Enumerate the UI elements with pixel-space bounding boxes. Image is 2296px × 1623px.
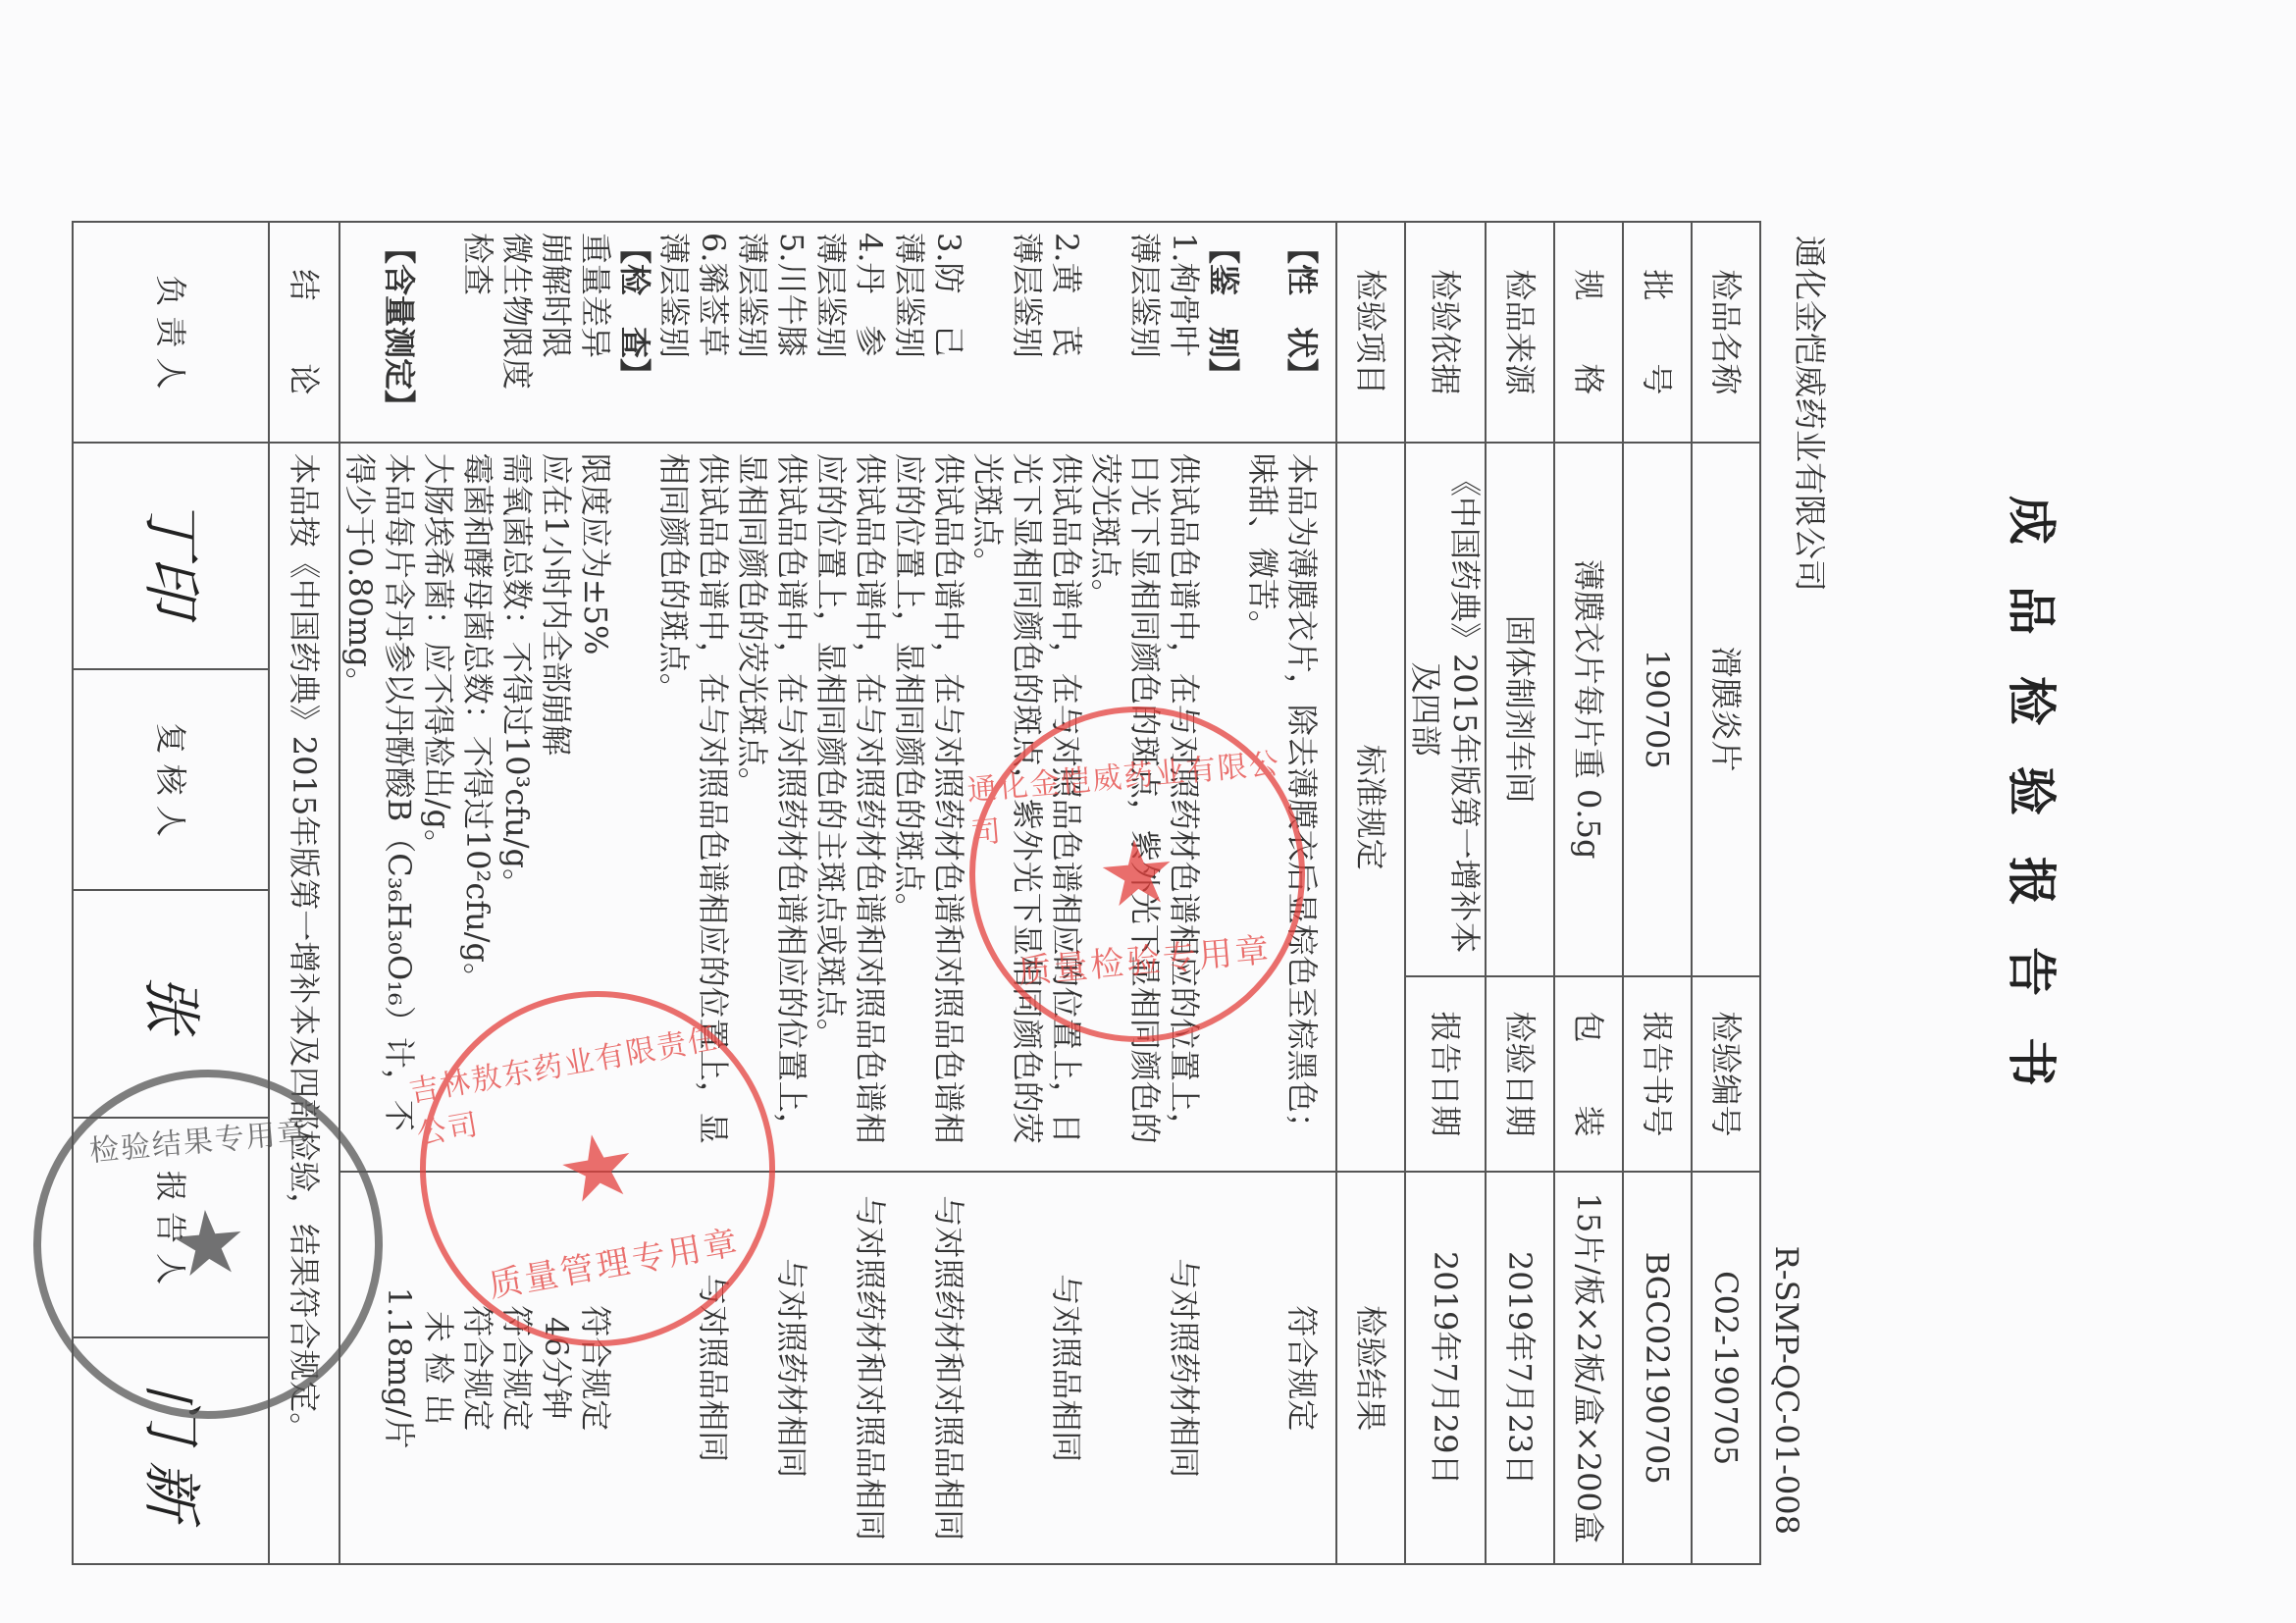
spacer	[1204, 453, 1243, 1162]
reviewer-label: 复 核 人	[73, 669, 269, 890]
signature-table: 负 责 人 丁印 复 核 人 张 报 告 人 门 新	[72, 221, 270, 1565]
field-value: 2019年7月29日	[1405, 1172, 1486, 1564]
result-text: 符合规定	[497, 1182, 537, 1553]
standard-text: 供试品色谱中，在与对照药材色谱相应的位置上，显相同颜色的荧光斑点。	[733, 453, 811, 1162]
company-name: 通化金恺威药业有限公司	[1789, 236, 1835, 592]
result-text: 与对照药材相同	[1086, 1182, 1204, 1553]
reporter-label: 报 告 人	[73, 1118, 269, 1338]
header-row: 规 格薄膜衣片每片重 0.5g包 装15片/板×2板/盒×200盒	[1554, 222, 1623, 1564]
header-row: 批 号190705报告书号BGC02190705	[1623, 222, 1692, 1564]
field-value: 薄膜衣片每片重 0.5g	[1554, 443, 1623, 976]
result-text: 与对照药材和对照品相同	[890, 1182, 968, 1553]
results-column: 符合规定与对照药材相同与对照品相同与对照药材和对照品相同与对照药材和对照品相同与…	[339, 1172, 1336, 1564]
field-label: 批 号	[1623, 222, 1692, 443]
standard-text: 大肠埃希菌：应不得检出/g。	[419, 453, 458, 1162]
field-label: 检验日期	[1486, 976, 1554, 1173]
test-items-column: 【性 状】【鉴 别】1.枸骨叶 薄层鉴别2.黄 芪 薄层鉴别3.防 己 薄层鉴别…	[339, 222, 1336, 443]
spacer	[615, 453, 654, 1162]
report-page: 成品检验报告书 通化金恺威药业有限公司 R-SMP-QC-01-008 检品名称…	[0, 0, 2296, 1623]
col-standard-header: 标准规定	[1336, 443, 1405, 1173]
field-label: 检验依据	[1405, 222, 1486, 443]
standard-text: 需氧菌总数：不得过10³cfu/g。	[497, 453, 537, 1162]
section-heading: 【检 查】	[615, 233, 654, 432]
test-item-name: 5.川牛膝 薄层鉴别	[733, 233, 811, 432]
conclusion-label: 结 论	[269, 222, 339, 443]
responsible-signature: 丁印	[73, 443, 269, 670]
standard-text: 应在1小时内全部崩解	[537, 453, 576, 1162]
result-text: 与对照品相同	[654, 1182, 733, 1553]
result-text: 与对照药材和对照品相同	[811, 1182, 890, 1553]
test-item-name: 2.黄 芪 薄层鉴别	[968, 233, 1086, 432]
header-row: 检品来源固体制剂车间检验日期2019年7月23日	[1486, 222, 1554, 1564]
standard-text: 限度应为±5%	[576, 453, 615, 1162]
result-text: 未 检 出	[419, 1182, 458, 1553]
result-text: 1.18mg/片	[340, 1182, 419, 1553]
field-label: 检验编号	[1692, 976, 1760, 1173]
result-text: 与对照药材相同	[733, 1182, 811, 1553]
section-heading: 【性 状】	[1243, 233, 1322, 432]
spacer	[1204, 1182, 1243, 1553]
standards-column: 本品为薄膜衣片，除去薄膜衣后显棕色至棕黑色；味甜、微苦。供试品色谱中，在与对照药…	[339, 443, 1336, 1173]
inspection-table: 检品名称滑膜炎片检验编号C02-190705批 号190705报告书号BGC02…	[268, 221, 1761, 1565]
field-value: 2019年7月23日	[1486, 1172, 1554, 1564]
standard-text: 本品每片含丹参以丹酚酸B（C₃₆H₃₀O₁₆）计，不得少于0.80mg。	[340, 453, 419, 1162]
field-label: 报告书号	[1623, 976, 1692, 1173]
col-item-header: 检验项目	[1336, 222, 1405, 443]
test-item-name: 4.丹 参 薄层鉴别	[811, 233, 890, 432]
reviewer-signature: 张	[73, 890, 269, 1118]
header-row: 检品名称滑膜炎片检验编号C02-190705	[1692, 222, 1760, 1564]
test-item-name: 重量差异	[576, 233, 615, 432]
field-value: 滑膜炎片	[1692, 443, 1760, 976]
field-label: 规 格	[1554, 222, 1623, 443]
standard-text: 供试品色谱中，在与对照药材色谱和对照品色谱相应的位置上，显相同颜色的主斑点或斑点…	[811, 453, 890, 1162]
result-text: 与对照品相同	[968, 1182, 1086, 1553]
section-heading: 【含量测定】	[340, 233, 419, 432]
header-row: 检验依据《中国药典》2015年版第一增补本及四部报告日期2019年7月29日	[1405, 222, 1486, 1564]
spacer	[615, 1182, 654, 1553]
responsible-label: 负 责 人	[73, 222, 269, 443]
field-label: 检品来源	[1486, 222, 1554, 443]
test-item-name: 6.豨莶草 薄层鉴别	[654, 233, 733, 432]
standard-text: 本品为薄膜衣片，除去薄膜衣后显棕色至棕黑色；味甜、微苦。	[1243, 453, 1322, 1162]
tests-row: 【性 状】【鉴 别】1.枸骨叶 薄层鉴别2.黄 芪 薄层鉴别3.防 己 薄层鉴别…	[339, 222, 1336, 1564]
reporter-signature: 门 新	[73, 1337, 269, 1564]
document-title: 成品检验报告书	[2000, 0, 2070, 1623]
section-heading: 【鉴 别】	[1204, 233, 1243, 432]
standard-text: 供试品色谱中，在与对照药材色谱和对照品色谱相应的位置上，显相同颜色的斑点。	[890, 453, 968, 1162]
conclusion-text: 本品按《中国药典》2015年版第一增补本及四部检验，结果符合规定。	[269, 443, 339, 1564]
field-value: 固体制剂车间	[1486, 443, 1554, 976]
field-label: 报告日期	[1405, 976, 1486, 1173]
col-result-header: 检验结果	[1336, 1172, 1405, 1564]
standard-text: 供试品色谱中，在与对照品色谱相应的位置上，显相同颜色的斑点。	[654, 453, 733, 1162]
column-header-row: 检验项目 标准规定 检验结果	[1336, 222, 1405, 1564]
result-text: 符合规定	[1243, 1182, 1322, 1553]
field-label: 检品名称	[1692, 222, 1760, 443]
test-item-name: 1.枸骨叶 薄层鉴别	[1086, 233, 1204, 432]
field-value: 《中国药典》2015年版第一增补本及四部	[1405, 443, 1486, 976]
standard-text: 供试品色谱中，在与对照药材色谱相应的位置上，日光下显相同颜色的斑点，紫外光下显相…	[1086, 453, 1204, 1162]
test-item-name: 崩解时限	[537, 233, 576, 432]
standard-text: 供试品色谱中，在与对照品色谱相应的位置上，日光下显相同颜色的斑点，紫外光下显相同…	[968, 453, 1086, 1162]
test-item-name: 微生物限度 检查	[419, 233, 537, 432]
result-text: 符合规定	[576, 1182, 615, 1553]
result-text: 46分钟	[537, 1182, 576, 1553]
field-label: 包 装	[1554, 976, 1623, 1173]
form-number: R-SMP-QC-01-008	[1768, 1246, 1805, 1535]
result-text: 符合规定	[458, 1182, 497, 1553]
field-value: C02-190705	[1692, 1172, 1760, 1564]
field-value: 15片/板×2板/盒×200盒	[1554, 1172, 1623, 1564]
standard-text: 霉菌和酵母菌总数：不得过10²cfu/g。	[458, 453, 497, 1162]
field-value: BGC02190705	[1623, 1172, 1692, 1564]
field-value: 190705	[1623, 443, 1692, 976]
test-item-name: 3.防 己 薄层鉴别	[890, 233, 968, 432]
conclusion-row: 结 论 本品按《中国药典》2015年版第一增补本及四部检验，结果符合规定。	[269, 222, 339, 1564]
